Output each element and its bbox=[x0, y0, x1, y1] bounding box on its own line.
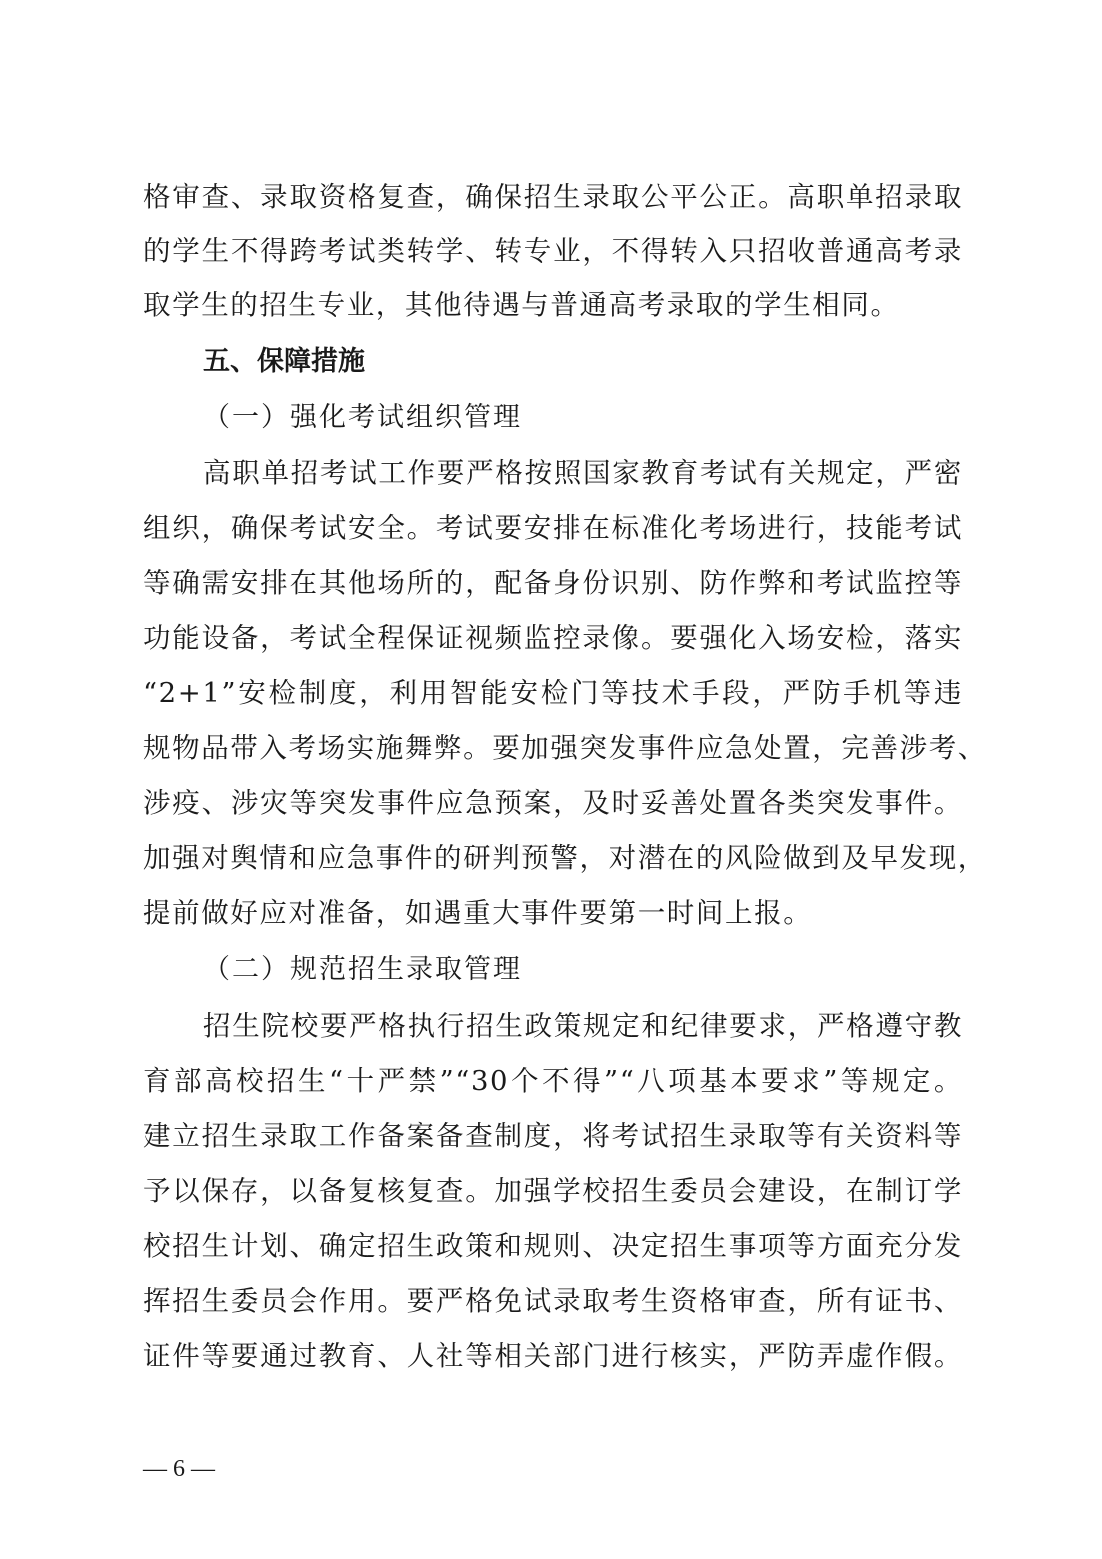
section-heading: 五、保障措施 bbox=[203, 342, 365, 382]
paragraph-line: 涉疫、涉灾等突发事件应急预案，及时妥善处置各类突发事件。 bbox=[143, 783, 963, 823]
paragraph-line: 予以保存，以备复核复查。加强学校招生委员会建设，在制订学 bbox=[143, 1171, 963, 1211]
paragraph-line: 等确需安排在其他场所的，配备身份识别、防作弊和考试监控等 bbox=[143, 563, 963, 603]
paragraph-line: 组织，确保考试安全。考试要安排在标准化考场进行，技能考试 bbox=[143, 508, 963, 548]
paragraph-line: 校招生计划、确定招生政策和规则、决定招生事项等方面充分发 bbox=[143, 1226, 963, 1266]
paragraph-line: 规物品带入考场实施舞弊。要加强突发事件应急处置，完善涉考、 bbox=[143, 728, 963, 768]
paragraph-line: 挥招生委员会作用。要严格免试录取考生资格审查，所有证书、 bbox=[143, 1281, 963, 1321]
paragraph-line: “2+1”安检制度，利用智能安检门等技术手段，严防手机等违 bbox=[143, 673, 963, 713]
paragraph-line: 提前做好应对准备，如遇重大事件要第一时间上报。 bbox=[143, 893, 963, 933]
paragraph-line: 取学生的招生专业，其他待遇与普通高考录取的学生相同。 bbox=[143, 285, 963, 325]
paragraph-line: 证件等要通过教育、人社等相关部门进行核实，严防弄虚作假。 bbox=[143, 1336, 963, 1376]
paragraph-line: 的学生不得跨考试类转学、转专业，不得转入只招收普通高考录 bbox=[143, 231, 963, 271]
paragraph-line: 格审查、录取资格复查，确保招生录取公平公正。高职单招录取 bbox=[143, 177, 963, 217]
paragraph-line: 加强对舆情和应急事件的研判预警，对潜在的风险做到及早发现， bbox=[143, 838, 963, 878]
subsection-heading: （二）规范招生录取管理 bbox=[203, 950, 522, 990]
paragraph-line: 招生院校要严格执行招生政策规定和纪律要求，严格遵守教 bbox=[203, 1006, 963, 1046]
paragraph-line: 建立招生录取工作备案备查制度，将考试招生录取等有关资料等 bbox=[143, 1116, 963, 1156]
paragraph-line: 功能设备，考试全程保证视频监控录像。要强化入场安检，落实 bbox=[143, 618, 963, 658]
page-number: — 6 — bbox=[143, 1455, 215, 1483]
document-page: 格审查、录取资格复查，确保招生录取公平公正。高职单招录取 的学生不得跨考试类转学… bbox=[0, 0, 1102, 1559]
paragraph-line: 育部高校招生“十严禁”“30个不得”“八项基本要求”等规定。 bbox=[143, 1061, 963, 1101]
subsection-heading: （一）强化考试组织管理 bbox=[203, 398, 522, 438]
paragraph-line: 高职单招考试工作要严格按照国家教育考试有关规定，严密 bbox=[203, 453, 963, 493]
